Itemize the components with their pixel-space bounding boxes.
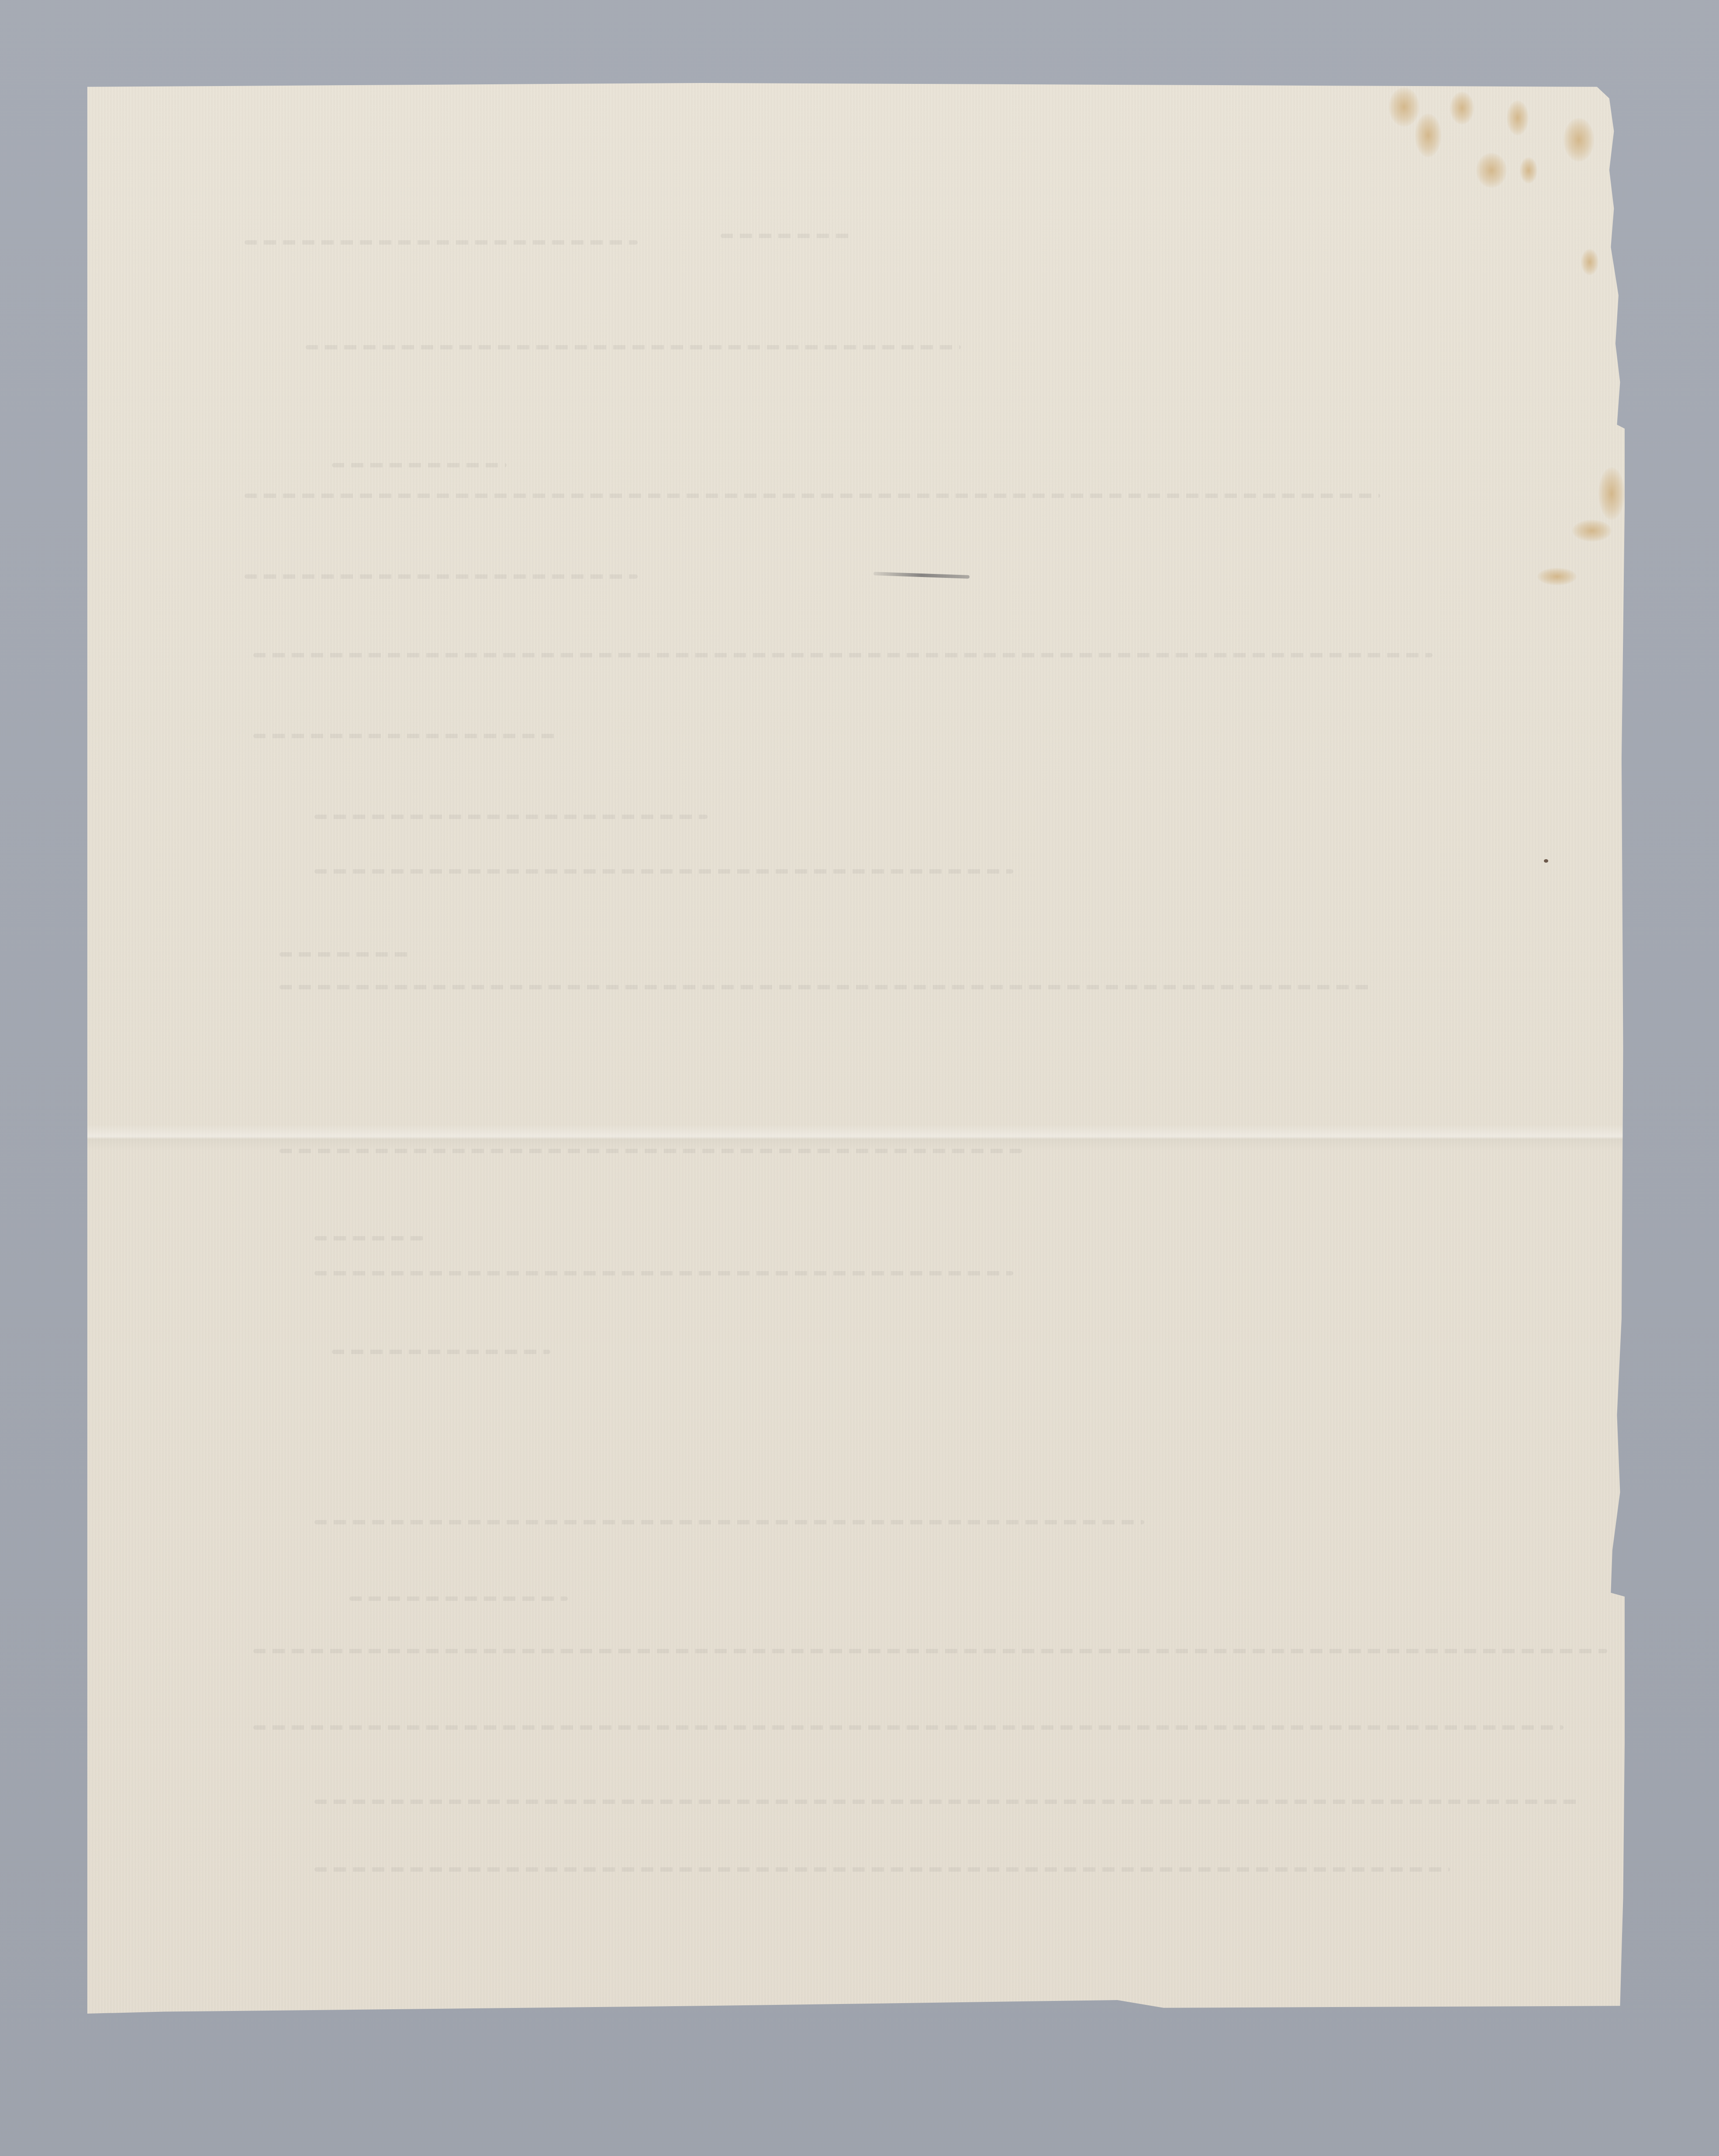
foxing-stain — [1476, 153, 1507, 188]
bleed-through-line — [332, 1350, 550, 1354]
pencil-mark — [873, 572, 970, 579]
bleed-through-line — [306, 345, 961, 349]
bleed-through-line — [314, 1236, 424, 1240]
bleed-through-line — [245, 494, 1380, 498]
foxing-stain — [1507, 100, 1529, 135]
bleed-through-line — [245, 240, 638, 245]
foxing-stain — [1572, 520, 1612, 542]
bleed-through-line — [349, 1596, 568, 1601]
paper-sheet — [87, 83, 1625, 2014]
ink-speck — [1544, 859, 1548, 863]
foxing-stain — [1598, 467, 1625, 520]
horizontal-fold-crease — [87, 1125, 1625, 1151]
bleed-through-line — [332, 463, 507, 467]
bleed-through-line — [280, 985, 1371, 989]
bleed-through-line — [314, 1867, 1450, 1872]
foxing-stain — [1389, 87, 1419, 127]
bleed-through-line — [314, 1800, 1581, 1804]
bleed-through-line — [721, 234, 852, 238]
bleed-through-line — [314, 1520, 1144, 1524]
foxing-stain — [1450, 92, 1474, 124]
bleed-through-line — [314, 815, 708, 819]
bleed-through-line — [253, 1725, 1564, 1730]
bleed-through-line — [245, 574, 638, 579]
bleed-through-line — [280, 952, 411, 957]
bleed-through-line — [253, 653, 1432, 657]
bleed-through-line — [314, 869, 1013, 874]
foxing-stain — [1537, 568, 1577, 585]
bleed-through-line — [314, 1271, 1013, 1275]
foxing-stain — [1564, 118, 1594, 162]
bleed-through-line — [280, 1149, 1022, 1153]
foxing-stain — [1520, 157, 1537, 183]
foxing-stain — [1415, 114, 1441, 157]
bleed-through-line — [253, 734, 559, 738]
foxing-stain — [1581, 249, 1598, 275]
bleed-through-line — [253, 1649, 1607, 1653]
